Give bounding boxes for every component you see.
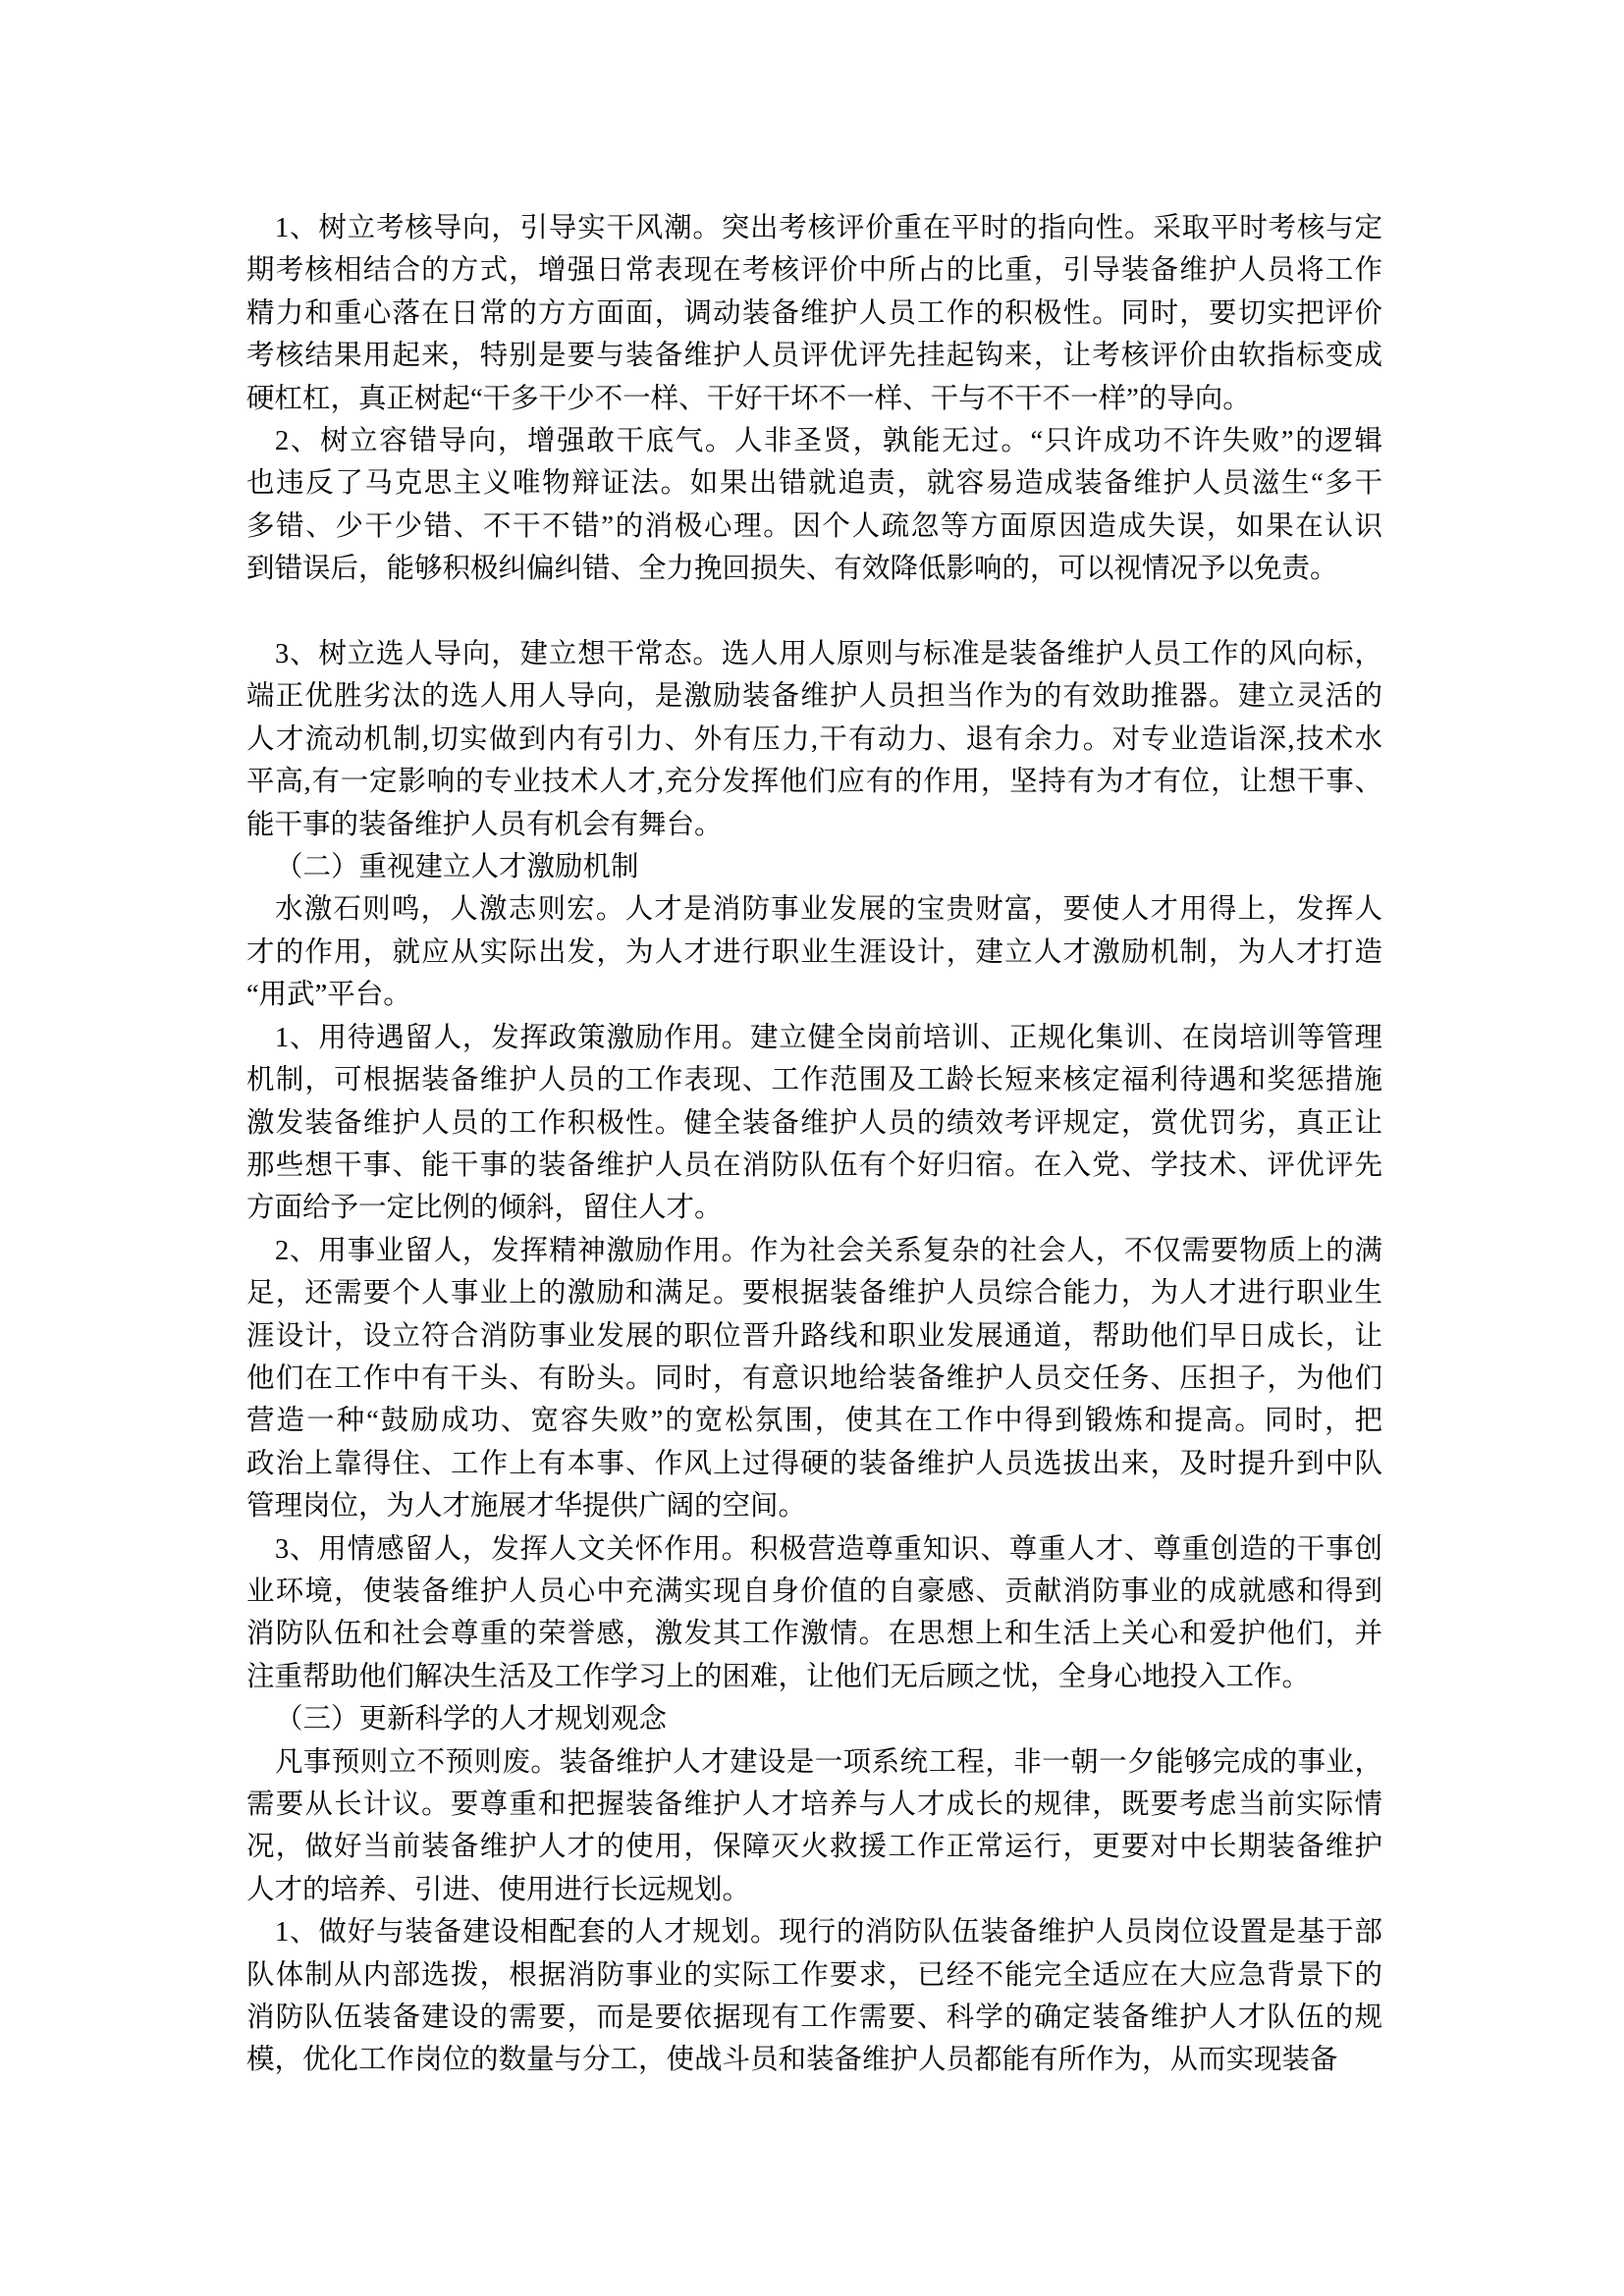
text-line: 足，还需要个人事业上的激励和满足。要根据装备维护人员综合能力，为人才进行职业生 xyxy=(246,1272,1382,1314)
section-heading: （二）重视建立人才激励机制 xyxy=(246,846,1382,888)
paragraph: 凡事预则立不预则废。装备维护人才建设是一项系统工程，非一朝一夕能够完成的事业，需… xyxy=(246,1741,1382,1912)
text-line: 方面给予一定比例的倾斜，留住人才。 xyxy=(246,1187,1382,1229)
text-line: 况，做好当前装备维护人才的使用，保障灭火救援工作正常运行，更要对中长期装备维护 xyxy=(246,1826,1382,1868)
text-line: 才的作用，就应从实际出发，为人才进行职业生涯设计，建立人才激励机制，为人才打造 xyxy=(246,932,1382,974)
text-line: “用武”平台。 xyxy=(246,974,1382,1016)
document-page: 1、树立考核导向，引导实干风潮。突出考核评价重在平时的指向性。采取平时考核与定期… xyxy=(0,0,1624,2296)
text-line: 管理岗位，为人才施展才华提供广阔的空间。 xyxy=(246,1485,1382,1527)
text-line: 能干事的装备维护人员有机会有舞台。 xyxy=(246,804,1382,846)
text-line: 消防队伍和社会尊重的荣誉感，激发其工作激情。在思想上和生活上关心和爱护他们，并 xyxy=(246,1613,1382,1655)
text-line: 到错误后，能够积极纠偏纠错、全力挽回损失、有效降低影响的，可以视情况予以免责。 xyxy=(246,548,1382,590)
text-line: 3、用情感留人，发挥人文关怀作用。积极营造尊重知识、尊重人才、尊重创造的干事创 xyxy=(246,1528,1382,1571)
text-line: 机制，可根据装备维护人员的工作表现、工作范围及工龄长短来核定福利待遇和奖惩措施 xyxy=(246,1059,1382,1101)
text-line: 2、用事业留人，发挥精神激励作用。作为社会关系复杂的社会人，不仅需要物质上的满 xyxy=(246,1230,1382,1272)
text-line: 模，优化工作岗位的数量与分工，使战斗员和装备维护人员都能有所作为，从而实现装备 xyxy=(246,2039,1382,2081)
text-line: 消防队伍装备建设的需要，而是要依据现有工作需要、科学的确定装备维护人才队伍的规 xyxy=(246,1997,1382,2039)
text-line: 也违反了马克思主义唯物辩证法。如果出错就追责，就容易造成装备维护人员滋生“多干 xyxy=(246,462,1382,505)
paragraph: 2、用事业留人，发挥精神激励作用。作为社会关系复杂的社会人，不仅需要物质上的满足… xyxy=(246,1230,1382,1528)
text-line: 多错、少干少错、不干不错”的消极心理。因个人疏忽等方面原因造成失误，如果在认识 xyxy=(246,506,1382,548)
section-heading: （三）更新科学的人才规划观念 xyxy=(246,1698,1382,1740)
text-line: （三）更新科学的人才规划观念 xyxy=(246,1698,1382,1740)
text-line: 期考核相结合的方式，增强日常表现在考核评价中所占的比重，引导装备维护人员将工作 xyxy=(246,249,1382,292)
text-line: 水激石则鸣，人激志则宏。人才是消防事业发展的宝贵财富，要使人才用得上，发挥人 xyxy=(246,888,1382,931)
blank-line xyxy=(246,591,1382,633)
text-line: 平高,有一定影响的专业技术人才,充分发挥他们应有的作用，坚持有为才有位，让想干事… xyxy=(246,761,1382,803)
text-line: （二）重视建立人才激励机制 xyxy=(246,846,1382,888)
text-line: 政治上靠得住、工作上有本事、作风上过得硬的装备维护人员选拔出来，及时提升到中队 xyxy=(246,1443,1382,1485)
text-line: 硬杠杠，真正树起“干多干少不一样、干好干坏不一样、干与不干不一样”的导向。 xyxy=(246,378,1382,420)
text-line: 精力和重心落在日常的方方面面，调动装备维护人员工作的积极性。同时，要切实把评价 xyxy=(246,293,1382,335)
paragraph: 2、树立容错导向，增强敢干底气。人非圣贤，孰能无过。“只许成功不许失败”的逻辑也… xyxy=(246,420,1382,591)
paragraph: 1、做好与装备建设相配套的人才规划。现行的消防队伍装备维护人员岗位设置是基于部队… xyxy=(246,1911,1382,2082)
paragraph: 水激石则鸣，人激志则宏。人才是消防事业发展的宝贵财富，要使人才用得上，发挥人才的… xyxy=(246,888,1382,1016)
text-line: 队体制从内部选拨，根据消防事业的实际工作要求，已经不能完全适应在大应急背景下的 xyxy=(246,1954,1382,1997)
text-line: 激发装备维护人员的工作积极性。健全装备维护人员的绩效考评规定，赏优罚劣，真正让 xyxy=(246,1102,1382,1145)
text-line: 凡事预则立不预则废。装备维护人才建设是一项系统工程，非一朝一夕能够完成的事业， xyxy=(246,1741,1382,1784)
text-line: 人才流动机制,切实做到内有引力、外有压力,干有动力、退有余力。对专业造诣深,技术… xyxy=(246,719,1382,761)
paragraph: 1、树立考核导向，引导实干风潮。突出考核评价重在平时的指向性。采取平时考核与定期… xyxy=(246,207,1382,420)
paragraph: 3、树立选人导向，建立想干常态。选人用人原则与标准是装备维护人员工作的风向标，端… xyxy=(246,633,1382,846)
text-line: 2、树立容错导向，增强敢干底气。人非圣贤，孰能无过。“只许成功不许失败”的逻辑 xyxy=(246,420,1382,462)
text-line: 营造一种“鼓励成功、宽容失败”的宽松氛围，使其在工作中得到锻炼和提高。同时，把 xyxy=(246,1400,1382,1442)
paragraph: 1、用待遇留人，发挥政策激励作用。建立健全岗前培训、正规化集训、在岗培训等管理机… xyxy=(246,1017,1382,1230)
text-line: 业环境，使装备维护人员心中充满实现自身价值的自豪感、贡献消防事业的成就感和得到 xyxy=(246,1571,1382,1613)
text-line: 考核结果用起来，特别是要与装备维护人员评优评先挂起钩来，让考核评价由软指标变成 xyxy=(246,335,1382,377)
paragraph: 3、用情感留人，发挥人文关怀作用。积极营造尊重知识、尊重人才、尊重创造的干事创业… xyxy=(246,1528,1382,1699)
text-line: 1、树立考核导向，引导实干风潮。突出考核评价重在平时的指向性。采取平时考核与定 xyxy=(246,207,1382,249)
text-line: 那些想干事、能干事的装备维护人员在消防队伍有个好归宿。在入党、学技术、评优评先 xyxy=(246,1145,1382,1187)
text-line: 注重帮助他们解决生活及工作学习上的困难，让他们无后顾之忧，全身心地投入工作。 xyxy=(246,1656,1382,1698)
text-line: 1、做好与装备建设相配套的人才规划。现行的消防队伍装备维护人员岗位设置是基于部 xyxy=(246,1911,1382,1953)
document-body: 1、树立考核导向，引导实干风潮。突出考核评价重在平时的指向性。采取平时考核与定期… xyxy=(246,207,1382,2082)
text-line: 人才的培养、引进、使用进行长远规划。 xyxy=(246,1869,1382,1911)
text-line: 需要从长计议。要尊重和把握装备维护人才培养与人才成长的规律，既要考虑当前实际情 xyxy=(246,1784,1382,1826)
text-line: 他们在工作中有干头、有盼头。同时，有意识地给装备维护人员交任务、压担子，为他们 xyxy=(246,1358,1382,1400)
text-line: 3、树立选人导向，建立想干常态。选人用人原则与标准是装备维护人员工作的风向标， xyxy=(246,633,1382,675)
text-line: 涯设计，设立符合消防事业发展的职位晋升路线和职业发展通道，帮助他们早日成长，让 xyxy=(246,1315,1382,1358)
text-line: 1、用待遇留人，发挥政策激励作用。建立健全岗前培训、正规化集训、在岗培训等管理 xyxy=(246,1017,1382,1059)
text-line: 端正优胜劣汰的选人用人导向，是激励装备维护人员担当作为的有效助推器。建立灵活的 xyxy=(246,675,1382,718)
